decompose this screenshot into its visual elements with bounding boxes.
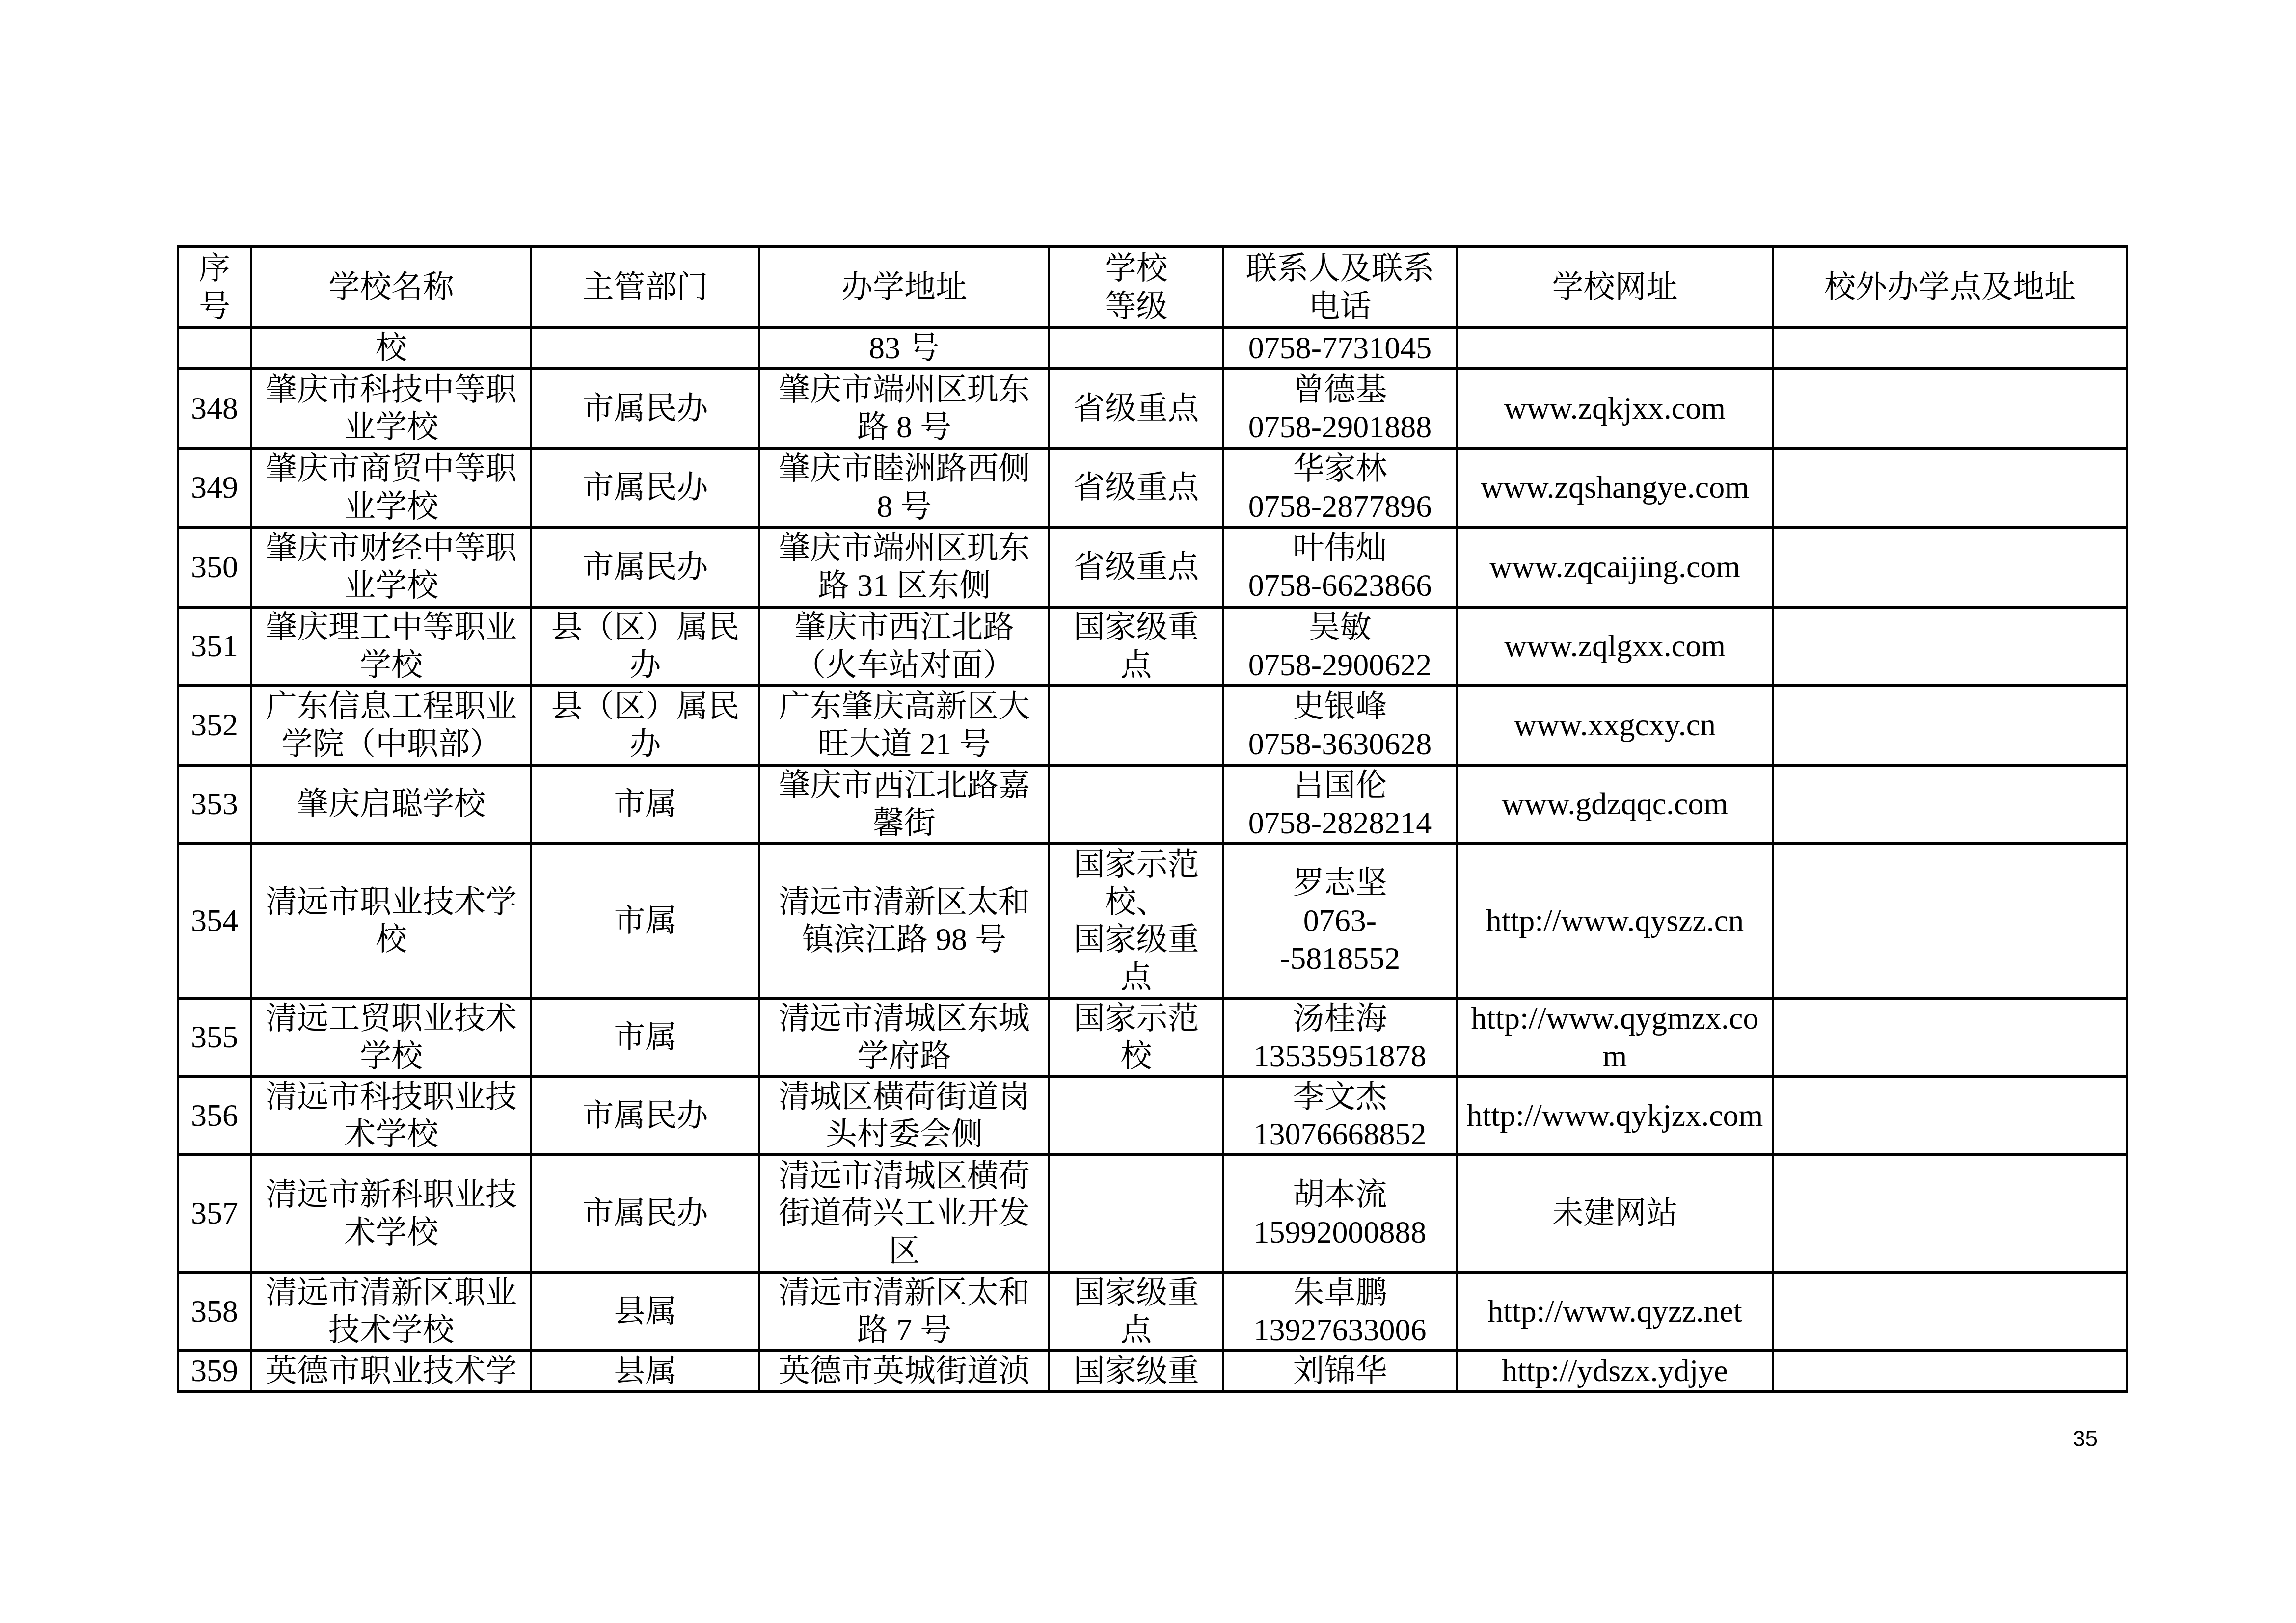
cell-address: 清城区横荷街道岗头村委会侧 [759, 1076, 1049, 1155]
header-contact: 联系人及联系 电话 [1223, 247, 1457, 328]
cell-level [1049, 1076, 1223, 1155]
cell-contact: 0758-7731045 [1223, 328, 1457, 369]
cell-address: 英德市英城街道浈 [759, 1351, 1049, 1391]
cell-contact: 叶伟灿 0758-6623866 [1223, 527, 1457, 607]
cell-level: 省级重点 [1049, 369, 1223, 449]
cell-school-name: 肇庆启聪学校 [251, 765, 531, 844]
cell-level: 国家级重 [1049, 1351, 1223, 1391]
cell-serial: 351 [178, 607, 251, 686]
cell-website: www.gdzqqc.com [1457, 765, 1773, 844]
cell-department: 县（区）属民办 [531, 686, 759, 765]
cell-website: www.zqlgxx.com [1457, 607, 1773, 686]
cell-department [531, 328, 759, 369]
cell-offsite [1773, 1272, 2127, 1351]
header-serial: 序 号 [178, 247, 251, 328]
cell-department: 市属 [531, 765, 759, 844]
cell-serial: 349 [178, 449, 251, 527]
document-page: 序 号学校名称主管部门办学地址学校 等级联系人及联系 电话学校网址校外办学点及地… [0, 0, 2296, 1623]
table-row: 351肇庆理工中等职业学校县（区）属民办肇庆市西江北路（火车站对面）国家级重点吴… [178, 607, 2127, 686]
table-row: 353肇庆启聪学校市属肇庆市西江北路嘉馨街吕国伦 0758-2828214www… [178, 765, 2127, 844]
cell-address: 肇庆市端州区玑东路 31 区东侧 [759, 527, 1049, 607]
cell-website [1457, 328, 1773, 369]
cell-school-name: 清远市清新区职业技术学校 [251, 1272, 531, 1351]
cell-contact: 吕国伦 0758-2828214 [1223, 765, 1457, 844]
school-roster-table: 序 号学校名称主管部门办学地址学校 等级联系人及联系 电话学校网址校外办学点及地… [177, 245, 2128, 1393]
cell-offsite [1773, 328, 2127, 369]
cell-contact: 胡本流 15992000888 [1223, 1155, 1457, 1272]
cell-address: 肇庆市睦洲路西侧 8 号 [759, 449, 1049, 527]
cell-contact: 李文杰 13076668852 [1223, 1076, 1457, 1155]
table-row: 357清远市新科职业技术学校市属民办清远市清城区横荷街道荷兴工业开发区胡本流 1… [178, 1155, 2127, 1272]
cell-offsite [1773, 369, 2127, 449]
cell-contact: 朱卓鹏 13927633006 [1223, 1272, 1457, 1351]
cell-serial [178, 328, 251, 369]
cell-school-name: 肇庆市科技中等职业学校 [251, 369, 531, 449]
header-department: 主管部门 [531, 247, 759, 328]
cell-level: 省级重点 [1049, 449, 1223, 527]
header-address: 办学地址 [759, 247, 1049, 328]
cell-school-name: 英德市职业技术学 [251, 1351, 531, 1391]
cell-department: 县属 [531, 1272, 759, 1351]
table-row: 354清远市职业技术学校市属清远市清新区太和镇滨江路 98 号国家示范校、 国家… [178, 844, 2127, 998]
cell-level: 国家示范校、 国家级重点 [1049, 844, 1223, 998]
cell-level: 省级重点 [1049, 527, 1223, 607]
table-row: 校83 号0758-7731045 [178, 328, 2127, 369]
cell-department: 市属民办 [531, 1076, 759, 1155]
cell-serial: 350 [178, 527, 251, 607]
cell-contact: 汤桂海 13535951878 [1223, 998, 1457, 1077]
cell-address: 广东肇庆高新区大旺大道 21 号 [759, 686, 1049, 765]
cell-level [1049, 1155, 1223, 1272]
cell-address: 肇庆市西江北路（火车站对面） [759, 607, 1049, 686]
cell-contact: 吴敏 0758-2900622 [1223, 607, 1457, 686]
cell-contact: 曾德基 0758-2901888 [1223, 369, 1457, 449]
table-row: 350肇庆市财经中等职业学校市属民办肇庆市端州区玑东路 31 区东侧省级重点叶伟… [178, 527, 2127, 607]
header-offsite: 校外办学点及地址 [1773, 247, 2127, 328]
cell-website: www.zqcaijing.com [1457, 527, 1773, 607]
cell-department: 市属民办 [531, 449, 759, 527]
cell-offsite [1773, 765, 2127, 844]
cell-offsite [1773, 449, 2127, 527]
cell-serial: 357 [178, 1155, 251, 1272]
cell-level: 国家级重点 [1049, 1272, 1223, 1351]
cell-school-name: 清远市职业技术学校 [251, 844, 531, 998]
cell-contact: 华家林 0758-2877896 [1223, 449, 1457, 527]
cell-website: www.zqkjxx.com [1457, 369, 1773, 449]
cell-school-name: 清远工贸职业技术学校 [251, 998, 531, 1077]
cell-address: 肇庆市端州区玑东路 8 号 [759, 369, 1049, 449]
cell-website: http://www.qygmzx.com [1457, 998, 1773, 1077]
cell-serial: 356 [178, 1076, 251, 1155]
cell-address: 清远市清城区横荷街道荷兴工业开发区 [759, 1155, 1049, 1272]
cell-offsite [1773, 844, 2127, 998]
cell-website: 未建网站 [1457, 1155, 1773, 1272]
cell-department: 市属民办 [531, 1155, 759, 1272]
cell-offsite [1773, 1155, 2127, 1272]
cell-offsite [1773, 686, 2127, 765]
cell-department: 市属 [531, 998, 759, 1077]
table-header-row: 序 号学校名称主管部门办学地址学校 等级联系人及联系 电话学校网址校外办学点及地… [178, 247, 2127, 328]
cell-school-name: 清远市科技职业技术学校 [251, 1076, 531, 1155]
cell-school-name: 肇庆理工中等职业学校 [251, 607, 531, 686]
cell-school-name: 广东信息工程职业学院（中职部） [251, 686, 531, 765]
table-body: 校83 号0758-7731045348肇庆市科技中等职业学校市属民办肇庆市端州… [178, 328, 2127, 1391]
cell-website: http://www.qyzz.net [1457, 1272, 1773, 1351]
cell-level [1049, 328, 1223, 369]
header-school-name: 学校名称 [251, 247, 531, 328]
header-level: 学校 等级 [1049, 247, 1223, 328]
cell-department: 市属民办 [531, 369, 759, 449]
cell-department: 市属 [531, 844, 759, 998]
cell-level: 国家级重点 [1049, 607, 1223, 686]
cell-address: 83 号 [759, 328, 1049, 369]
cell-offsite [1773, 527, 2127, 607]
table-row: 356清远市科技职业技术学校市属民办清城区横荷街道岗头村委会侧李文杰 13076… [178, 1076, 2127, 1155]
cell-school-name: 肇庆市商贸中等职业学校 [251, 449, 531, 527]
cell-website: www.xxgcxy.cn [1457, 686, 1773, 765]
cell-website: http://www.qykjzx.com [1457, 1076, 1773, 1155]
table-row: 352广东信息工程职业学院（中职部）县（区）属民办广东肇庆高新区大旺大道 21 … [178, 686, 2127, 765]
table-row: 359英德市职业技术学县属英德市英城街道浈国家级重刘锦华http://ydszx… [178, 1351, 2127, 1391]
cell-department: 市属民办 [531, 527, 759, 607]
cell-offsite [1773, 998, 2127, 1077]
cell-serial: 354 [178, 844, 251, 998]
cell-school-name: 肇庆市财经中等职业学校 [251, 527, 531, 607]
table-row: 358清远市清新区职业技术学校县属清远市清新区太和路 7 号国家级重点朱卓鹏 1… [178, 1272, 2127, 1351]
page-number: 35 [2073, 1426, 2098, 1451]
table-row: 348肇庆市科技中等职业学校市属民办肇庆市端州区玑东路 8 号省级重点曾德基 0… [178, 369, 2127, 449]
cell-website: www.zqshangye.com [1457, 449, 1773, 527]
table-row: 349肇庆市商贸中等职业学校市属民办肇庆市睦洲路西侧 8 号省级重点华家林 07… [178, 449, 2127, 527]
table-row: 355清远工贸职业技术学校市属清远市清城区东城学府路国家示范校汤桂海 13535… [178, 998, 2127, 1077]
cell-department: 县（区）属民办 [531, 607, 759, 686]
cell-serial: 358 [178, 1272, 251, 1351]
cell-contact: 罗志坚 0763- -5818552 [1223, 844, 1457, 998]
cell-contact: 刘锦华 [1223, 1351, 1457, 1391]
cell-school-name: 校 [251, 328, 531, 369]
cell-website: http://ydszx.ydjye [1457, 1351, 1773, 1391]
cell-address: 清远市清新区太和镇滨江路 98 号 [759, 844, 1049, 998]
cell-offsite [1773, 607, 2127, 686]
cell-offsite [1773, 1351, 2127, 1391]
cell-address: 肇庆市西江北路嘉馨街 [759, 765, 1049, 844]
cell-level [1049, 765, 1223, 844]
cell-serial: 353 [178, 765, 251, 844]
cell-serial: 348 [178, 369, 251, 449]
cell-level: 国家示范校 [1049, 998, 1223, 1077]
cell-offsite [1773, 1076, 2127, 1155]
cell-address: 清远市清新区太和路 7 号 [759, 1272, 1049, 1351]
cell-contact: 史银峰 0758-3630628 [1223, 686, 1457, 765]
header-website: 学校网址 [1457, 247, 1773, 328]
cell-serial: 355 [178, 998, 251, 1077]
cell-school-name: 清远市新科职业技术学校 [251, 1155, 531, 1272]
cell-serial: 352 [178, 686, 251, 765]
cell-serial: 359 [178, 1351, 251, 1391]
cell-level [1049, 686, 1223, 765]
cell-address: 清远市清城区东城学府路 [759, 998, 1049, 1077]
cell-website: http://www.qyszz.cn [1457, 844, 1773, 998]
cell-department: 县属 [531, 1351, 759, 1391]
